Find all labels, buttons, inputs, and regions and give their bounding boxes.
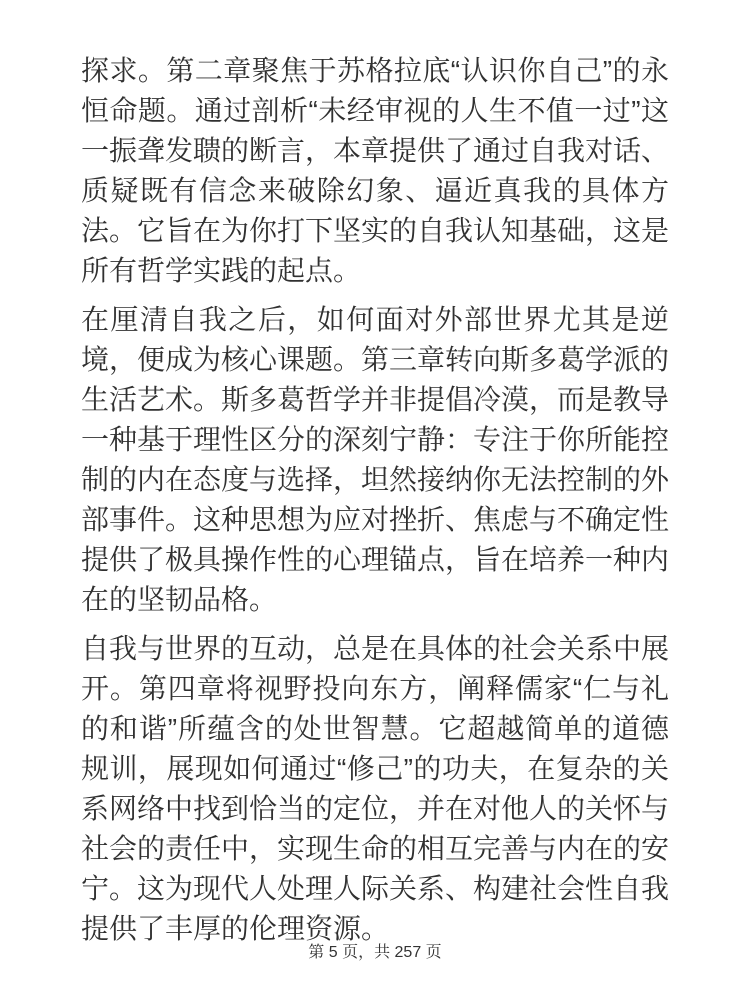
document-page: 探求。第二章聚焦于苏格拉底“认识你自己”的永恒命题。通过剖析“未经审视的人生不值… (0, 0, 750, 1000)
body-paragraph-2: 在厘清自我之后，如何面对外部世界尤其是逆境，便成为核心课题。第三章转向斯多葛学派… (81, 300, 669, 620)
page-number-footer: 第 5 页，共 257 页 (0, 942, 750, 964)
body-paragraph-1: 探求。第二章聚焦于苏格拉底“认识你自己”的永恒命题。通过剖析“未经审视的人生不值… (81, 51, 669, 291)
page-body-text: 探求。第二章聚焦于苏格拉底“认识你自己”的永恒命题。通过剖析“未经审视的人生不值… (81, 51, 669, 949)
body-paragraph-3: 自我与世界的互动，总是在具体的社会关系中展开。第四章将视野投向东方，阐释儒家“仁… (81, 629, 669, 949)
